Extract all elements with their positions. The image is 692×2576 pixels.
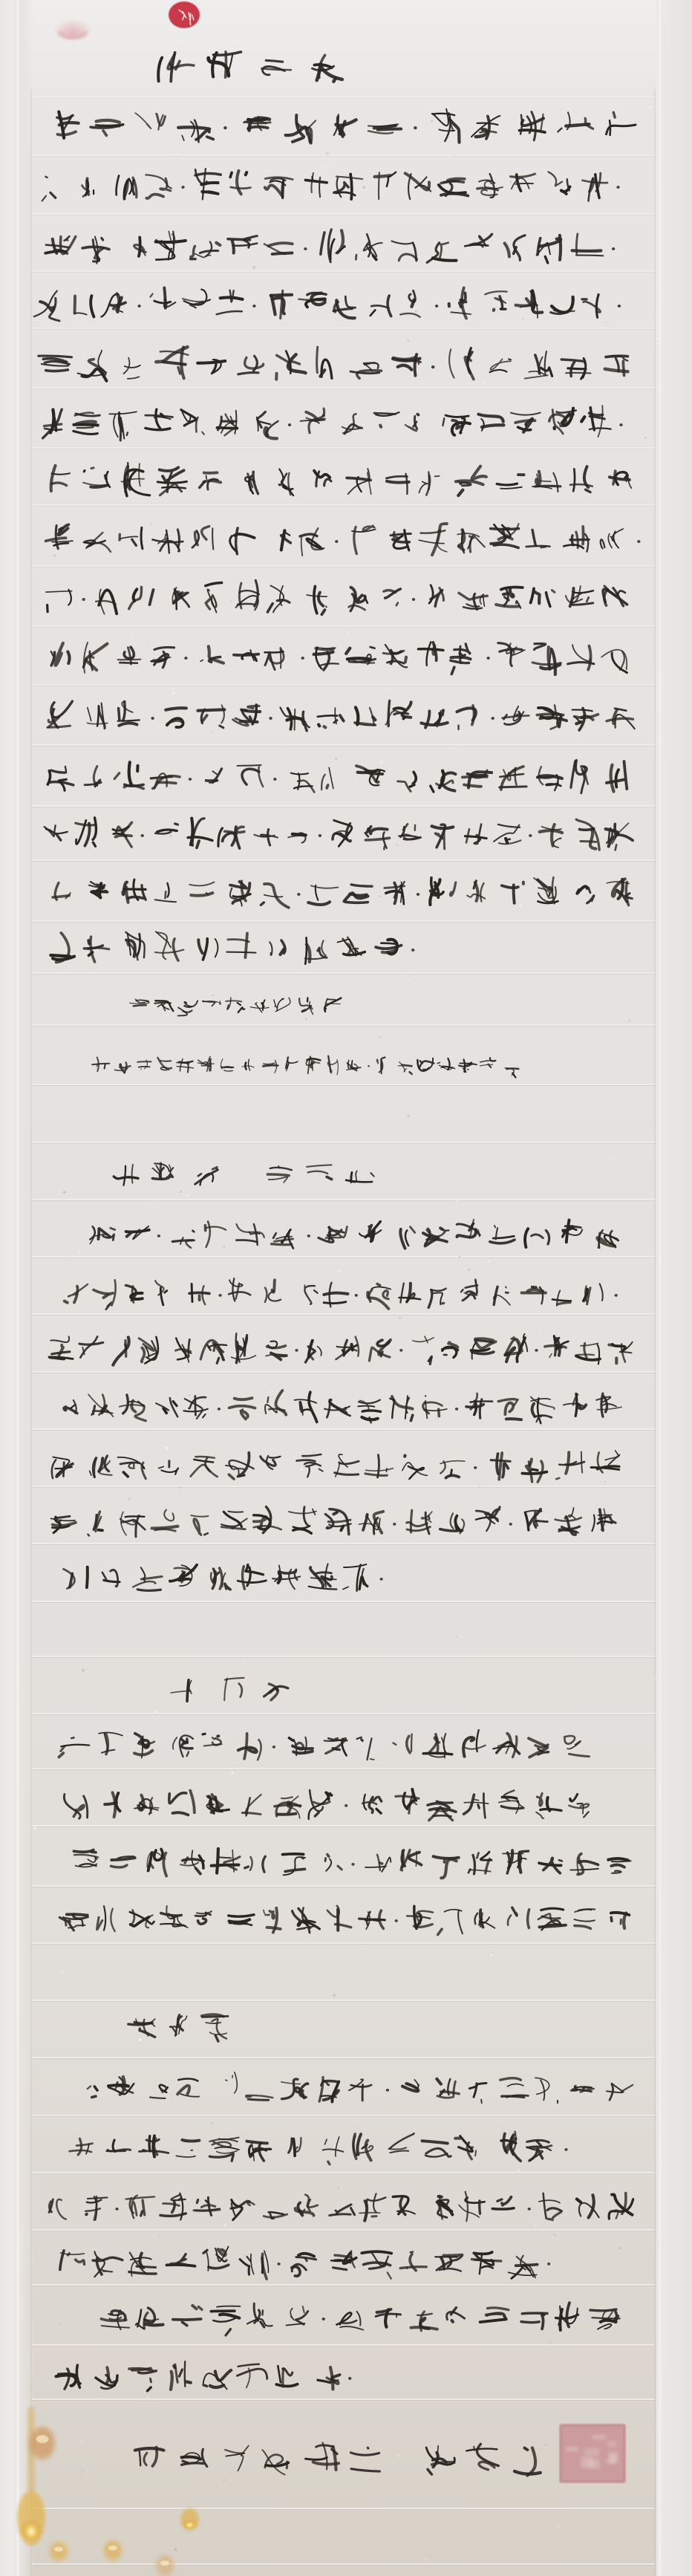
brush-glyph	[563, 1220, 583, 1243]
brush-glyph	[407, 1510, 432, 1534]
brush-stroke	[102, 2326, 130, 2328]
punctuation-dot	[115, 2208, 118, 2211]
brush-stroke	[125, 1344, 126, 1348]
brush-glyph	[76, 818, 97, 846]
paper-speck	[396, 844, 399, 846]
paper-speck	[166, 2451, 168, 2453]
brush-stroke	[498, 1399, 516, 1402]
brush-glyph	[471, 1339, 495, 1359]
brush-glyph	[313, 55, 342, 81]
brush-glyph	[317, 347, 332, 378]
brush-stroke	[65, 2369, 69, 2389]
punctuation-dot	[492, 717, 494, 720]
brush-stroke	[217, 2306, 240, 2307]
brush-stroke	[607, 718, 633, 721]
brush-stroke	[463, 1293, 475, 1300]
paper-speck	[79, 1251, 81, 1253]
brush-stroke	[600, 1284, 603, 1301]
paper-speck	[313, 1451, 315, 1454]
brush-stroke	[609, 2199, 633, 2219]
brush-stroke	[59, 1345, 63, 1356]
brush-stroke	[193, 1231, 195, 1232]
brush-stroke	[164, 1510, 174, 1521]
brush-stroke	[133, 180, 134, 194]
brush-stroke	[50, 1336, 69, 1342]
brush-stroke	[587, 597, 588, 601]
brush-stroke	[50, 192, 56, 198]
scroll-canvas	[0, 0, 692, 2576]
paper-speck	[223, 926, 223, 926]
brush-stroke	[178, 368, 180, 374]
brush-glyph	[121, 463, 149, 496]
brush-stroke	[328, 2162, 330, 2164]
paper-speck	[575, 998, 577, 1000]
paper-speck	[179, 1486, 181, 1489]
paper-speck	[407, 339, 410, 342]
brush-stroke	[340, 715, 344, 721]
brush-stroke	[371, 305, 388, 308]
brush-stroke	[212, 2019, 226, 2039]
brush-stroke	[437, 1063, 440, 1064]
brush-stroke	[169, 1793, 186, 1803]
brush-stroke	[141, 527, 143, 548]
brush-glyph	[125, 932, 144, 960]
punctuation-dot	[141, 834, 144, 837]
brush-stroke	[417, 2314, 432, 2315]
brush-stroke	[202, 432, 204, 435]
paper-speck	[154, 1711, 157, 1714]
calligraphy-row	[42, 169, 620, 201]
punctuation-dot	[535, 1349, 538, 1352]
brush-stroke	[217, 428, 237, 429]
brush-glyph	[492, 2197, 514, 2209]
brush-stroke	[297, 1460, 316, 1462]
brush-stroke	[94, 2087, 97, 2090]
brush-glyph	[336, 2312, 363, 2330]
brush-stroke	[315, 1812, 319, 1816]
paper-speck	[451, 2518, 451, 2519]
brush-glyph	[534, 877, 558, 903]
brush-stroke	[65, 1301, 68, 1303]
brush-stroke	[573, 469, 575, 491]
brush-glyph	[130, 999, 149, 1006]
brush-glyph	[531, 1397, 555, 1423]
brush-glyph	[539, 2193, 562, 2220]
brush-stroke	[68, 651, 69, 663]
paper-speck	[244, 517, 247, 519]
paper-speck	[535, 2223, 537, 2225]
brush-stroke	[171, 2372, 172, 2390]
brush-stroke	[337, 230, 343, 253]
brush-stroke	[46, 245, 69, 248]
paper-speck	[333, 1994, 336, 1997]
brush-stroke	[237, 171, 241, 194]
brush-glyph	[157, 467, 186, 495]
paper-speck	[362, 186, 365, 189]
brush-stroke	[583, 1805, 584, 1814]
brush-stroke	[191, 122, 195, 137]
brush-stroke	[466, 2192, 468, 2222]
brush-stroke	[74, 1850, 94, 1853]
brush-stroke	[76, 414, 99, 416]
brush-glyph	[105, 1792, 120, 1817]
brush-glyph	[505, 1068, 518, 1078]
brush-stroke	[486, 117, 489, 139]
brush-stroke	[88, 1535, 89, 1536]
paper-speck	[379, 895, 381, 897]
brush-stroke	[92, 1064, 109, 1065]
brush-stroke	[88, 1857, 97, 1862]
paper-speck	[459, 1255, 461, 1258]
brush-stroke	[576, 819, 599, 850]
brush-stroke	[52, 483, 67, 486]
brush-stroke	[229, 55, 232, 71]
brush-stroke	[247, 2202, 254, 2205]
brush-stroke	[501, 1806, 523, 1809]
brush-stroke	[75, 313, 87, 314]
brush-stroke	[345, 902, 368, 902]
brush-stroke	[232, 241, 234, 253]
brush-glyph	[83, 643, 107, 673]
brush-glyph	[99, 1732, 123, 1754]
brush-stroke	[199, 1855, 203, 1868]
calligraphy-row	[74, 1849, 631, 1878]
brush-stroke	[413, 772, 416, 784]
brush-glyph	[435, 2255, 462, 2271]
punctuation-dot	[184, 657, 187, 660]
brush-glyph	[101, 2310, 129, 2329]
brush-stroke	[157, 1058, 172, 1069]
brush-glyph	[152, 1163, 173, 1180]
brush-glyph	[582, 173, 607, 201]
brush-stroke	[522, 118, 544, 126]
punctuation-dot	[219, 1294, 222, 1297]
brush-stroke	[576, 1356, 600, 1359]
brush-stroke	[249, 485, 250, 490]
paper-speck	[336, 1674, 336, 1674]
brush-glyph	[457, 1220, 480, 1238]
paper-speck	[271, 1391, 272, 1392]
brush-stroke	[229, 1406, 255, 1408]
brush-stroke	[369, 1289, 372, 1301]
brush-stroke	[241, 1411, 248, 1419]
brush-glyph	[390, 1396, 413, 1420]
brush-glyph	[515, 2448, 541, 2476]
brush-glyph	[173, 2306, 202, 2326]
seal-faded-patch	[584, 2448, 598, 2456]
brush-stroke	[146, 428, 170, 429]
brush-stroke	[245, 357, 264, 368]
brush-glyph	[226, 934, 255, 958]
brush-stroke	[218, 1736, 218, 1737]
brush-stroke	[532, 1235, 544, 1238]
punctuation-dot	[393, 1523, 396, 1526]
paper-speck	[503, 2216, 505, 2217]
brush-glyph	[291, 773, 315, 793]
brush-stroke	[258, 767, 263, 787]
brush-stroke	[549, 1354, 552, 1358]
brush-stroke	[319, 1469, 323, 1471]
brush-stroke	[260, 421, 271, 424]
brush-stroke	[400, 313, 420, 317]
brush-glyph	[150, 2085, 168, 2098]
brush-glyph	[42, 177, 56, 201]
brush-stroke	[343, 1587, 348, 1589]
brush-glyph	[117, 175, 137, 198]
brush-stroke	[263, 1065, 278, 1066]
brush-glyph	[371, 296, 391, 316]
punctuation-dot	[616, 186, 619, 189]
brush-stroke	[160, 484, 182, 495]
brush-stroke	[189, 1292, 209, 1293]
brush-glyph	[368, 1284, 391, 1309]
brush-stroke	[548, 2212, 561, 2219]
brush-stroke	[475, 2150, 476, 2156]
brush-stroke	[568, 663, 594, 664]
brush-stroke	[411, 1227, 415, 1233]
brush-stroke	[93, 818, 96, 839]
brush-glyph	[173, 1735, 193, 1757]
brush-glyph	[522, 1459, 546, 1482]
brush-glyph	[522, 1287, 546, 1304]
brush-stroke	[414, 1802, 417, 1804]
brush-glyph	[194, 2197, 220, 2215]
brush-stroke	[585, 534, 588, 552]
brush-stroke	[327, 785, 327, 788]
passage-1-notes	[92, 998, 518, 1078]
brush-stroke	[613, 531, 618, 547]
brush-glyph	[202, 2014, 229, 2041]
brush-stroke	[226, 2080, 227, 2081]
brush-stroke	[556, 1478, 559, 1479]
brush-glyph	[250, 1000, 269, 1012]
brush-stroke	[245, 934, 247, 958]
brush-stroke	[249, 1059, 250, 1070]
brush-stroke	[129, 178, 132, 194]
brush-glyph	[134, 238, 146, 256]
paper-speck	[657, 338, 659, 340]
brush-stroke	[339, 1454, 347, 1467]
brush-stroke	[546, 593, 550, 607]
brush-stroke	[368, 2197, 386, 2200]
paper-speck	[193, 1721, 194, 1722]
brush-stroke	[613, 112, 615, 117]
brush-stroke	[517, 715, 520, 715]
brush-glyph	[306, 1341, 321, 1362]
brush-stroke	[564, 1736, 575, 1744]
brush-glyph	[111, 1856, 135, 1867]
brush-stroke	[246, 2097, 251, 2098]
brush-glyph	[521, 2313, 547, 2329]
brush-stroke	[461, 1289, 463, 1292]
brush-stroke	[558, 1303, 570, 1304]
calligraphy-row	[53, 877, 632, 908]
paper-speck	[231, 1772, 233, 1774]
brush-glyph	[398, 1062, 412, 1074]
brush-stroke	[94, 767, 97, 784]
brush-glyph	[84, 533, 111, 552]
ruled-lines-layer	[18, 0, 660, 2576]
paper-speck	[581, 2096, 582, 2098]
brush-stroke	[46, 591, 72, 592]
brush-stroke	[350, 594, 354, 611]
brush-stroke	[195, 1457, 215, 1458]
brush-stroke	[428, 2470, 431, 2475]
brush-glyph	[607, 112, 636, 135]
brush-glyph	[556, 2303, 578, 2330]
brush-stroke	[407, 1522, 428, 1526]
paper-speck	[514, 478, 515, 479]
brush-glyph	[64, 1795, 87, 1819]
brush-stroke	[365, 838, 389, 840]
brush-stroke	[167, 2265, 195, 2266]
brush-stroke	[529, 371, 544, 374]
brush-glyph	[516, 290, 543, 318]
brush-glyph	[146, 409, 173, 430]
brush-stroke	[67, 1914, 88, 1915]
brush-stroke	[165, 1291, 167, 1293]
brush-stroke	[261, 902, 264, 905]
brush-stroke	[371, 1173, 373, 1177]
brush-stroke	[587, 896, 594, 903]
brush-glyph	[577, 2195, 599, 2217]
brush-stroke	[172, 2201, 175, 2213]
brush-glyph	[288, 833, 306, 842]
brush-stroke	[179, 1061, 192, 1063]
calligraphy-row	[88, 2072, 633, 2104]
brush-stroke	[238, 1003, 241, 1005]
brush-stroke	[266, 60, 282, 62]
punctuation-dot	[486, 657, 489, 660]
brush-glyph	[261, 1456, 281, 1469]
brush-glyph	[242, 1059, 254, 1070]
brush-glyph	[198, 939, 218, 960]
punctuation-dot	[269, 717, 272, 720]
brush-glyph	[135, 2447, 164, 2466]
brush-glyph	[167, 2254, 195, 2266]
brush-stroke	[132, 539, 137, 545]
brush-glyph	[53, 883, 71, 900]
brush-glyph	[457, 530, 485, 553]
brush-stroke	[503, 1463, 508, 1477]
paper-speck	[519, 905, 521, 907]
brush-stroke	[327, 1177, 332, 1179]
paper-speck	[180, 1191, 182, 1193]
brush-stroke	[447, 2312, 465, 2320]
brush-stroke	[200, 660, 203, 662]
brush-stroke	[381, 943, 396, 944]
brush-stroke	[202, 192, 218, 194]
brush-stroke	[512, 1907, 517, 1916]
paper-speck	[63, 1191, 66, 1194]
brush-stroke	[399, 1062, 407, 1072]
brush-glyph	[398, 772, 417, 791]
brush-stroke	[445, 415, 469, 417]
brush-stroke	[321, 360, 332, 378]
brush-stroke	[359, 1577, 368, 1590]
punctuation-dot	[547, 2263, 550, 2266]
brush-glyph	[601, 529, 623, 548]
brush-stroke	[273, 1233, 276, 1237]
brush-stroke	[135, 113, 151, 129]
brush-stroke	[575, 1910, 591, 1912]
brush-stroke	[204, 1533, 208, 1535]
brush-glyph	[438, 1910, 463, 1935]
calligraphy-row	[51, 463, 632, 496]
brush-stroke	[437, 1801, 452, 1803]
paper-speck	[613, 2546, 614, 2546]
brush-glyph	[45, 236, 76, 254]
brush-stroke	[545, 256, 547, 263]
brush-glyph	[569, 1795, 589, 1818]
brush-stroke	[497, 484, 518, 485]
paper-speck	[479, 1485, 481, 1487]
brush-glyph	[74, 412, 99, 434]
punctuation-dot	[509, 1523, 512, 1526]
calligraphy-row	[46, 580, 627, 614]
brush-stroke	[350, 894, 367, 895]
calligraphy-row	[101, 2303, 619, 2335]
brush-glyph	[457, 706, 476, 729]
brush-glyph	[135, 113, 165, 129]
brush-glyph	[264, 2212, 287, 2219]
brush-stroke	[490, 1240, 515, 1243]
brush-stroke	[281, 649, 281, 668]
paper-speck	[408, 979, 410, 980]
brush-glyph	[247, 2141, 271, 2161]
brush-stroke	[75, 296, 76, 313]
brush-glyph	[437, 1058, 454, 1070]
brush-stroke	[542, 827, 561, 830]
brush-stroke	[217, 1849, 218, 1873]
brush-stroke	[541, 114, 544, 131]
brush-stroke	[89, 360, 105, 374]
brush-glyph	[183, 1396, 207, 1419]
punctuation-dot	[379, 1578, 382, 1581]
brush-stroke	[611, 1865, 624, 1867]
brush-stroke	[234, 1468, 246, 1470]
punctuation-dot	[157, 1235, 160, 1237]
brush-stroke	[421, 530, 445, 533]
brush-stroke	[294, 786, 313, 788]
paper-speck	[456, 1636, 458, 1638]
brush-glyph	[461, 1280, 477, 1301]
paper-speck	[159, 2236, 160, 2237]
brush-glyph	[405, 173, 431, 199]
brush-stroke	[446, 1475, 460, 1477]
punctuation-dot	[288, 423, 291, 426]
brush-stroke	[206, 599, 209, 603]
brush-glyph	[576, 1343, 600, 1364]
brush-stroke	[287, 1061, 298, 1063]
brush-stroke	[261, 68, 291, 70]
brush-glyph	[75, 296, 94, 316]
brush-stroke	[558, 129, 561, 132]
brush-stroke	[311, 173, 313, 192]
brush-stroke	[411, 2327, 437, 2329]
brush-stroke	[481, 2100, 482, 2104]
punctuation-dot	[619, 423, 622, 426]
brush-stroke	[97, 120, 120, 123]
brush-glyph	[356, 234, 382, 259]
brush-stroke	[408, 1466, 424, 1479]
brush-stroke	[376, 1809, 381, 1813]
brush-glyph	[120, 527, 143, 548]
brush-stroke	[362, 2251, 391, 2253]
brush-glyph	[191, 1457, 218, 1477]
brush-stroke	[87, 1567, 88, 1588]
brush-stroke	[150, 2097, 166, 2098]
